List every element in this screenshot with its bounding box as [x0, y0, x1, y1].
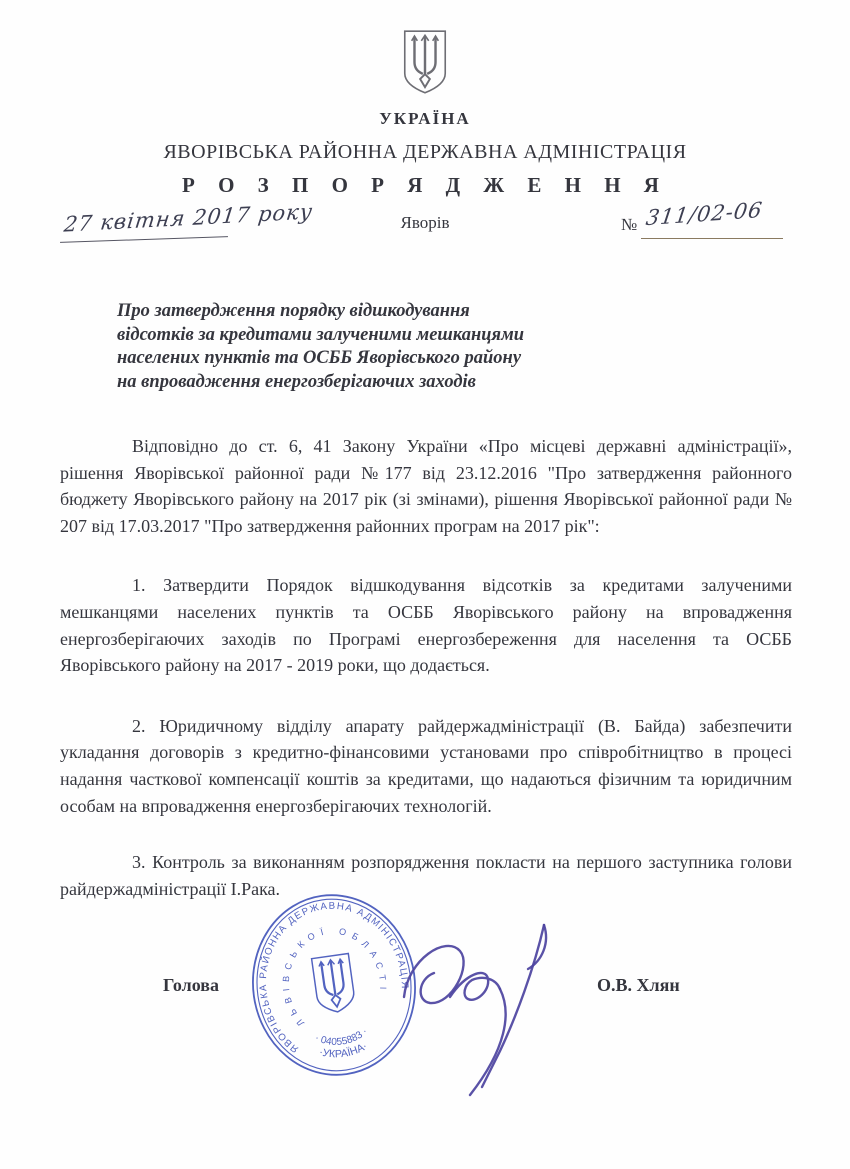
- administration-title: ЯВОРІВСЬКА РАЙОННА ДЕРЖАВНА АДМІНІСТРАЦІ…: [0, 141, 850, 164]
- subject-line: населених пунктів та ОСББ Яворівського р…: [117, 347, 587, 371]
- subject-line: Про затвердження порядку відшкодування: [117, 300, 587, 324]
- stamp-tryzub-icon: [312, 954, 357, 1015]
- tryzub-icon: [400, 28, 450, 96]
- document-page: УКРАЇНА ЯВОРІВСЬКА РАЙОННА ДЕРЖАВНА АДМІ…: [0, 0, 850, 1169]
- signing-block: Голова ЯВОРІВСЬКА РАЙОННА ДЕРЖАВНА АДМІН…: [0, 883, 850, 1169]
- item-paragraph-2: 2. Юридичному відділу апарату райдержадм…: [60, 713, 792, 819]
- date-place-number-row: 27 квітня 2017 року Яворів № 311/02-06: [0, 202, 850, 248]
- item-paragraph-1: 1. Затвердити Порядок відшкодування відс…: [60, 572, 792, 678]
- subject-line: на впровадження енергозберігаючих заході…: [117, 371, 587, 395]
- number-label: №: [621, 215, 637, 235]
- date-underline: [60, 236, 228, 243]
- document-type-title: Р О З П О Р Я Д Ж Е Н Н Я: [0, 173, 850, 198]
- country-title: УКРАЇНА: [0, 109, 850, 129]
- number-underline: [641, 238, 783, 239]
- intro-paragraph: Відповідно до ст. 6, 41 Закону України «…: [60, 433, 792, 539]
- subject-line: відсотків за кредитами залученими мешкан…: [117, 324, 587, 348]
- subject-block: Про затвердження порядку відшкодування в…: [117, 300, 587, 394]
- signer-name: О.В. Хлян: [597, 975, 680, 996]
- handwritten-signature: [388, 917, 593, 1117]
- signer-title: Голова: [163, 975, 219, 996]
